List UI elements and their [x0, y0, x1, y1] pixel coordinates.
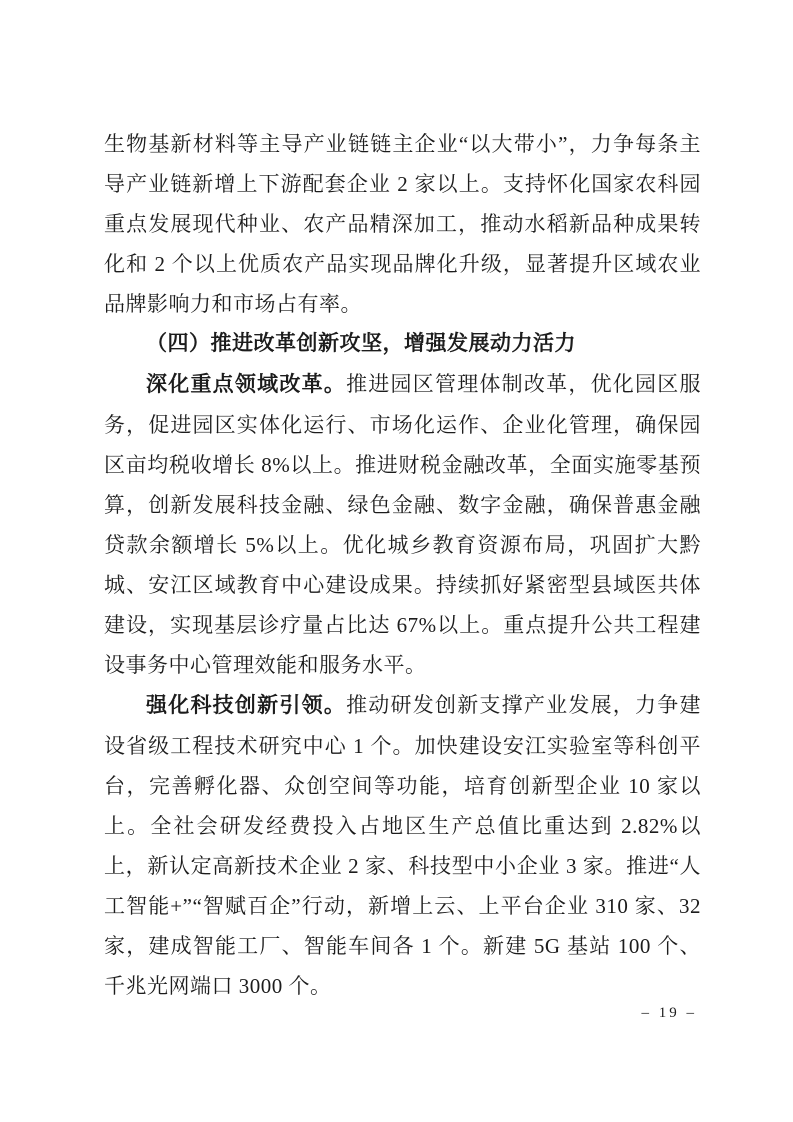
page-body: 生物基新材料等主导产业链链主企业“以大带小”，力争每条主导产业链新增上下游配套企… [104, 124, 701, 1006]
paragraph-reform-text: 推进园区管理体制改革，优化园区服务，促进园区实体化运行、市场化运作、企业化管理，… [104, 372, 701, 677]
paragraph-continuation: 生物基新材料等主导产业链链主企业“以大带小”，力争每条主导产业链新增上下游配套企… [104, 124, 701, 324]
paragraph-science: 强化科技创新引领。推动研发创新支撑产业发展，力争建设省级工程技术研究中心 1 个… [104, 685, 701, 1006]
paragraph-reform-lead: 深化重点领域改革。 [146, 373, 346, 396]
section-heading: （四）推进改革创新攻坚，增强发展动力活力 [104, 324, 701, 364]
paragraph-reform: 深化重点领域改革。推进园区管理体制改革，优化园区服务，促进园区实体化运行、市场化… [104, 364, 701, 685]
paragraph-science-lead: 强化科技创新引领。 [146, 694, 346, 717]
document-page: 生物基新材料等主导产业链链主企业“以大带小”，力争每条主导产业链新增上下游配套企… [0, 0, 793, 1122]
page-number: – 19 – [642, 1000, 698, 1026]
paragraph-science-text: 推动研发创新支撑产业发展，力争建设省级工程技术研究中心 1 个。加快建设安江实验… [104, 693, 701, 998]
